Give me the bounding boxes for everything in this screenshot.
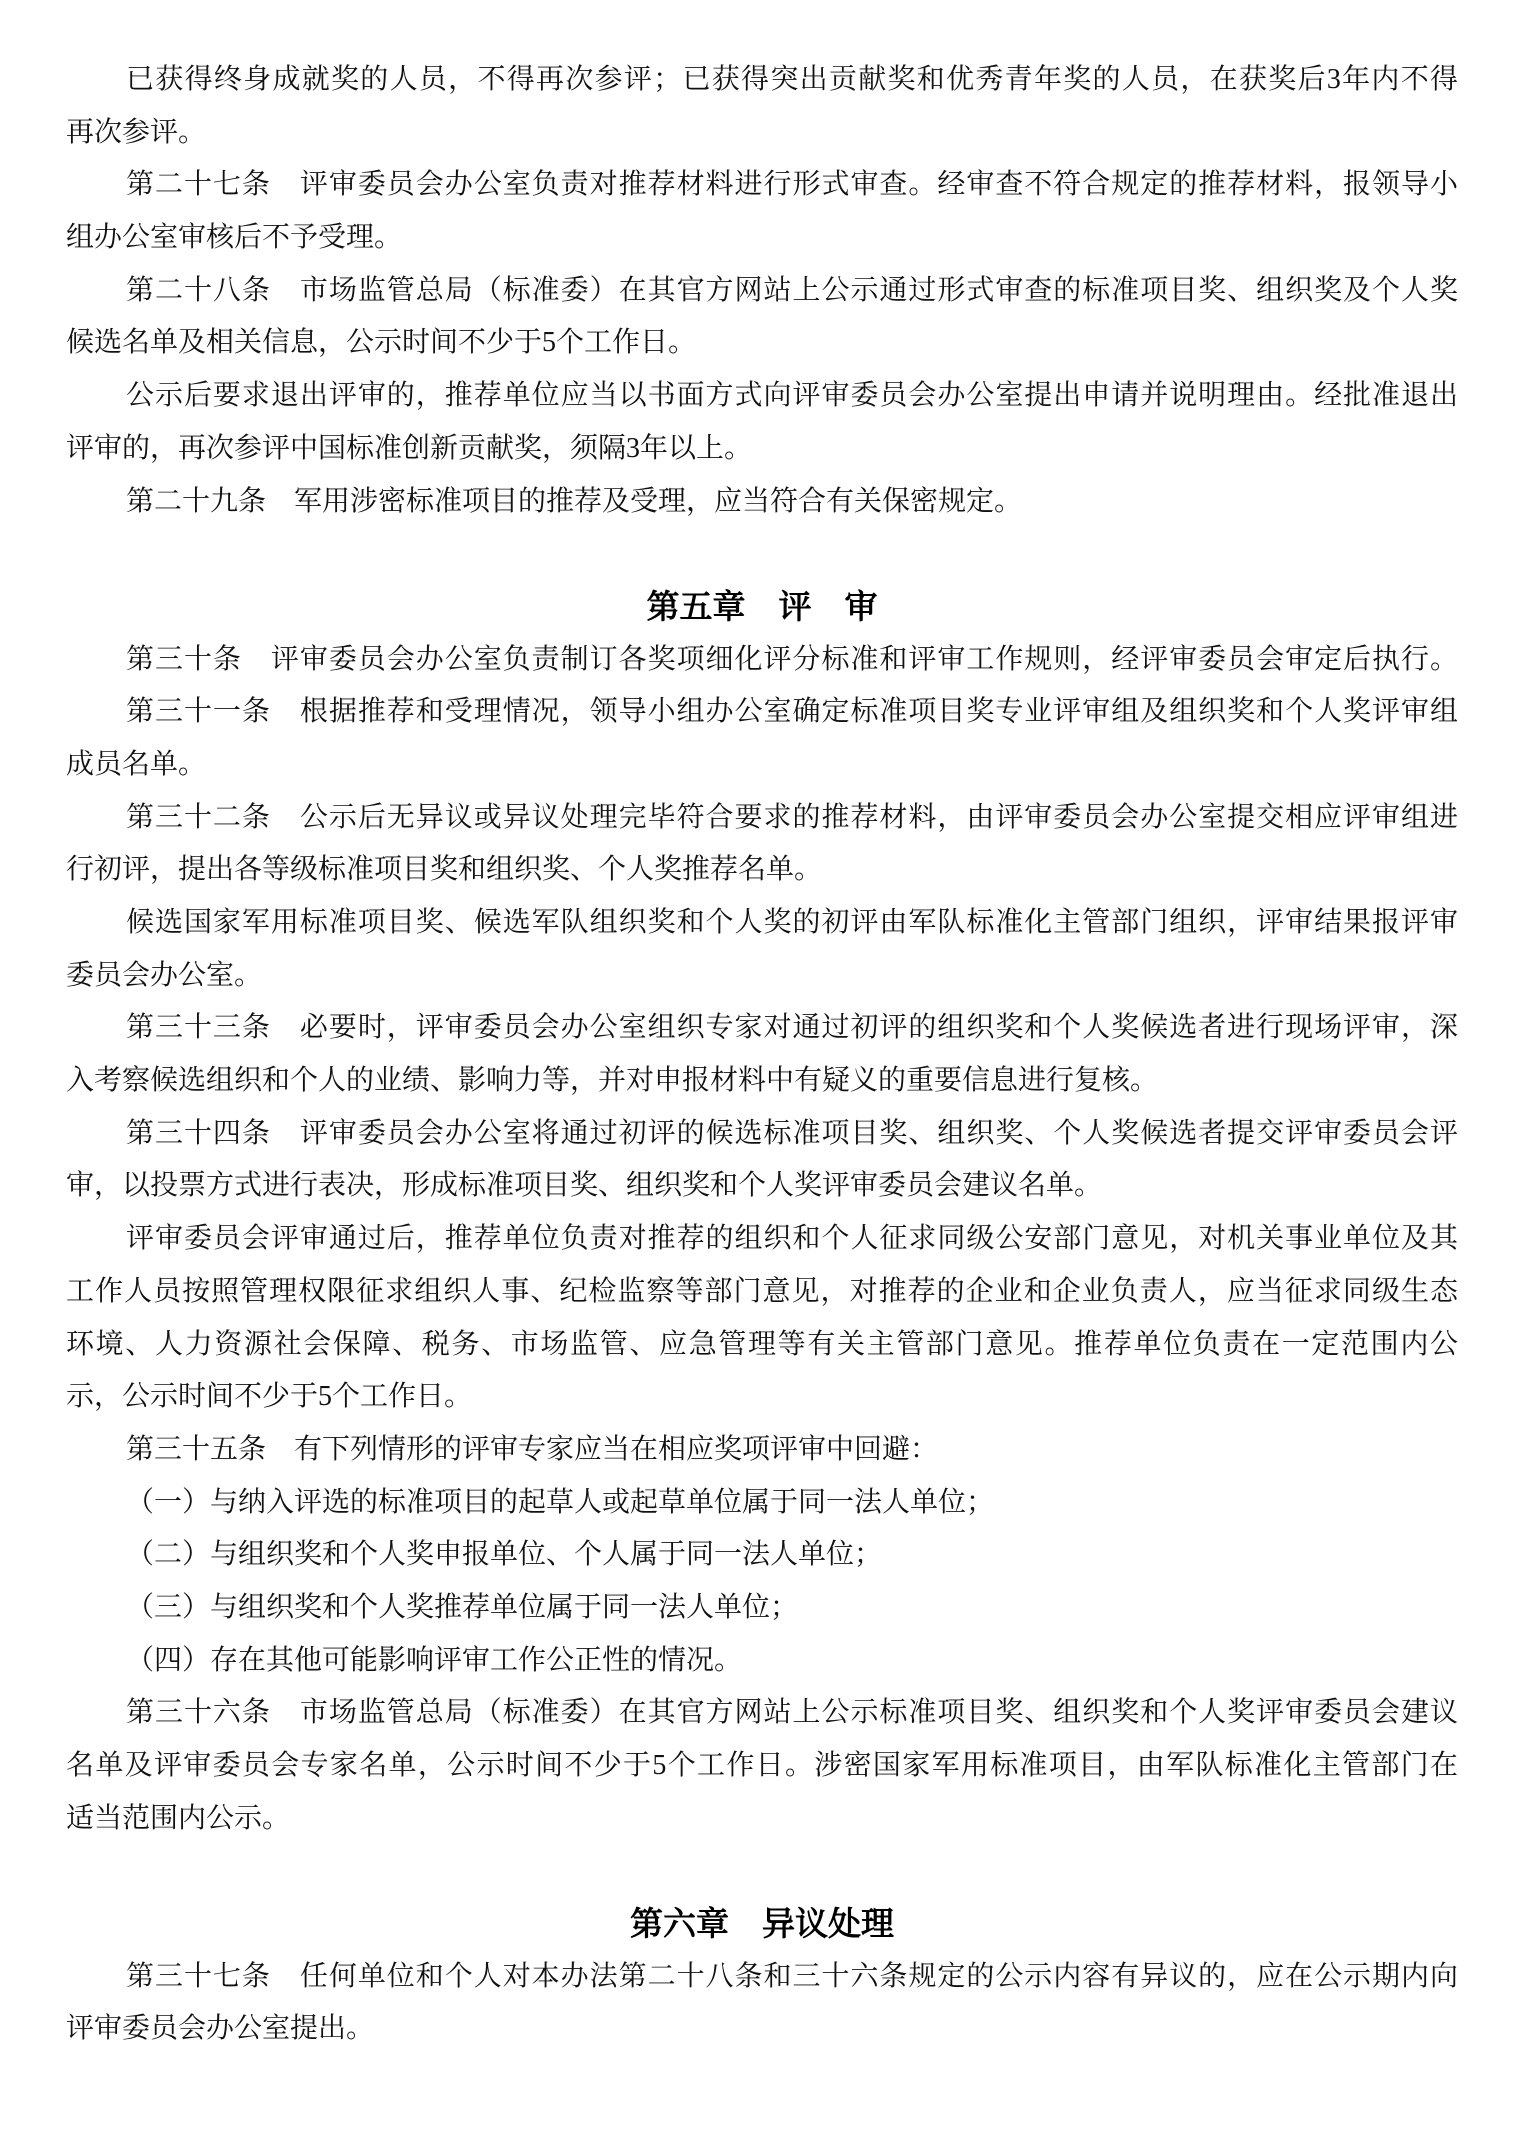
paragraph-line: 已获得终身成就奖的人员，不得再次参评；已获得突出贡献奖和优秀青年奖的人员，在获奖… [66, 54, 1458, 107]
paragraph-line: 名单及评审委员会专家名单，公示时间不少于5个工作日。涉密国家军用标准项目，由军队… [66, 1740, 1458, 1793]
list-item: （四）存在其他可能影响评审工作公正性的情况。 [66, 1635, 1458, 1688]
paragraph-line: 行初评，提出各等级标准项目奖和组织奖、个人奖推荐名单。 [66, 844, 1458, 897]
paragraph-line: 审，以投票方式进行表决，形成标准项目奖、组织奖和个人奖评审委员会建议名单。 [66, 1160, 1458, 1213]
paragraph-line: 示，公示时间不少于5个工作日。 [66, 1371, 1458, 1424]
article-line: 第三十四条 评审委员会办公室将通过初评的候选标准项目奖、组织奖、个人奖候选者提交… [66, 1108, 1458, 1161]
paragraph-line: 评审的，再次参评中国标准创新贡献奖，须隔3年以上。 [66, 423, 1458, 476]
article-line: 第三十五条 有下列情形的评审专家应当在相应奖项评审中回避： [66, 1424, 1458, 1477]
paragraph-line: 候选名单及相关信息，公示时间不少于5个工作日。 [66, 317, 1458, 370]
article-line: 第三十二条 公示后无异议或异议处理完毕符合要求的推荐材料，由评审委员会办公室提交… [66, 792, 1458, 845]
paragraph-line: 公示后要求退出评审的，推荐单位应当以书面方式向评审委员会办公室提出申请并说明理由… [66, 370, 1458, 423]
article-line: 第三十六条 市场监管总局（标准委）在其官方网站上公示标准项目奖、组织奖和个人奖评… [66, 1687, 1458, 1740]
paragraph-line: 评审委员会评审通过后，推荐单位负责对推荐的组织和个人征求同级公安部门意见，对机关… [66, 1213, 1458, 1266]
list-item: （三）与组织奖和个人奖推荐单位属于同一法人单位； [66, 1582, 1458, 1635]
article-line: 第二十七条 评审委员会办公室负责对推荐材料进行形式审查。经审查不符合规定的推荐材… [66, 159, 1458, 212]
paragraph-line: 再次参评。 [66, 107, 1458, 160]
chapter-heading-5: 第五章 评 审 [66, 581, 1458, 634]
paragraph-line: 候选国家军用标准项目奖、候选军队组织奖和个人奖的初评由军队标准化主管部门组织，评… [66, 897, 1458, 950]
article-line: 第三十七条 任何单位和个人对本办法第二十八条和三十六条规定的公示内容有异议的，应… [66, 1951, 1458, 2004]
paragraph-line: 委员会办公室。 [66, 950, 1458, 1003]
paragraph-line: 工作人员按照管理权限征求组织人事、纪检监察等部门意见，对推荐的企业和企业负责人，… [66, 1266, 1458, 1319]
article-line: 第三十条 评审委员会办公室负责制订各奖项细化评分标准和评审工作规则，经评审委员会… [66, 634, 1458, 687]
blank-line [66, 1845, 1458, 1898]
list-item: （二）与组织奖和个人奖申报单位、个人属于同一法人单位； [66, 1529, 1458, 1582]
paragraph-line: 组办公室审核后不予受理。 [66, 212, 1458, 265]
document-content: 已获得终身成就奖的人员，不得再次参评；已获得突出贡献奖和优秀青年奖的人员，在获奖… [66, 54, 1458, 2056]
document-viewer: { "page": { "background": "#ffffff", "te… [0, 0, 1520, 2150]
paragraph-line: 入考察候选组织和个人的业绩、影响力等，并对申报材料中有疑义的重要信息进行复核。 [66, 1055, 1458, 1108]
article-line: 第二十九条 军用涉密标准项目的推荐及受理，应当符合有关保密规定。 [66, 476, 1458, 529]
paragraph-line: 评审委员会办公室提出。 [66, 2003, 1458, 2056]
article-line: 第二十八条 市场监管总局（标准委）在其官方网站上公示通过形式审查的标准项目奖、组… [66, 265, 1458, 318]
document-page: 已获得终身成就奖的人员，不得再次参评；已获得突出贡献奖和优秀青年奖的人员，在获奖… [0, 0, 1520, 2150]
paragraph-line: 环境、人力资源社会保障、税务、市场监管、应急管理等有关主管部门意见。推荐单位负责… [66, 1319, 1458, 1372]
paragraph-line: 成员名单。 [66, 739, 1458, 792]
article-line: 第三十一条 根据推荐和受理情况，领导小组办公室确定标准项目奖专业评审组及组织奖和… [66, 686, 1458, 739]
blank-line [66, 528, 1458, 581]
list-item: （一）与纳入评选的标准项目的起草人或起草单位属于同一法人单位； [66, 1477, 1458, 1530]
chapter-heading-6: 第六章 异议处理 [66, 1898, 1458, 1951]
paragraph-line: 适当范围内公示。 [66, 1793, 1458, 1846]
article-line: 第三十三条 必要时，评审委员会办公室组织专家对通过初评的组织奖和个人奖候选者进行… [66, 1002, 1458, 1055]
